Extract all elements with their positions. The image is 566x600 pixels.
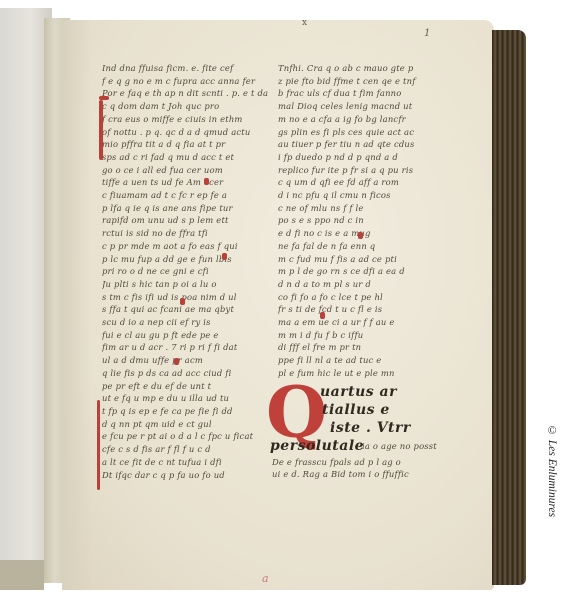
bottom-pencil-mark: a [262,572,269,585]
text-line: p lfa q ie q is ane ans fipe tur [102,202,270,215]
text-line: pe pr eft e du ef de unt t [102,380,270,393]
right-text-column: Tnfhi. Cra q o ab c mauo gte pz pie fto … [278,62,440,382]
text-line: pri ro o d ne ce gni e cfi [102,265,270,278]
incipit-line-1: uartus ar [320,384,397,400]
text-line: p lc mu fup a dd ge e fun lbis [102,253,270,266]
text-line: c p pr mde m aot a fo eas f qui [102,240,270,253]
text-line: rapifd om unu ud s p lem ett [102,214,270,227]
text-line: a lt ce fit de c nt tufua i dfi [102,456,270,469]
page-gutter-shadow [62,20,92,590]
text-line: sps ad c ri fad q mu d acc t et [102,151,270,164]
incipit-line-3: iste . Vtrr [330,420,411,436]
rubric-paragraph-mark [358,232,363,239]
text-line: gs plin es fi pls ces quie act ac [278,126,440,139]
text-line: ma a em ue ci a ur f f au e [278,316,440,329]
text-line: mal Dioq celes lenig macnd ut [278,100,440,113]
text-line: c q dom dam t Joh quc pro [102,100,270,113]
top-mark: x [302,18,307,28]
text-line: q lie fis p ds ca ad acc ciud fi [102,367,270,380]
text-line: c q um d qfi ee fd aff a rom [278,176,440,189]
text-line: mio pffra tit a d q fia at t pr [102,138,270,151]
text-line: d n d a to m pl s ur d [278,278,440,291]
text-line: cfe c s d fis ar f fl f u c d [102,443,270,456]
manuscript-photo: x 1 Ind dna ffuisa ficm. e. fite ceff e … [0,0,566,600]
text-line: di fff el fre m pr tn [278,341,440,354]
text-line: scu d io a nep cii ef ry is [102,316,270,329]
left-text-column: Ind dna ffuisa ficm. e. fite ceff e q g … [102,62,270,482]
text-line: f e q g no e m c fupra acc anna fer [102,75,270,88]
text-line: Ind dna ffuisa ficm. e. fite cef [102,62,270,75]
text-line: of nottu . p q. qc d a d qmud actu [102,126,270,139]
text-line: replico fur ite p fr si a q pu ris [278,164,440,177]
incipit-line-4: persolutale [270,438,364,454]
text-line: rctui is sid no de ffra tfi [102,227,270,240]
rubric-paragraph-mark [204,178,209,185]
text-line: Por e faq e th ap n dit scnti . p. e t d… [102,87,270,100]
text-line: ne fa fal de n fa enn q [278,240,440,253]
text-line: m no e a cfa a ig fo bg lancfr [278,113,440,126]
incipit-line-2: tiallus e [322,402,390,418]
text-line: m m i d fu f b c iffu [278,329,440,342]
fore-edge-stack [492,30,526,585]
text-line: i fp duedo p nd d p qnd a d [278,151,440,164]
text-line: ut e fq u mp e du u illa ud tu [102,392,270,405]
rubric-paragraph-mark [180,298,185,305]
trailing-line-2: De e frasscu fpals ad p l ag o [272,456,442,469]
text-line: c ne of mlu ns f f le [278,202,440,215]
rubric-initial-mark [99,96,109,100]
rubric-initial-mark [99,100,103,160]
text-line: b frac uls cf dua t fim fanno [278,87,440,100]
rubric-paragraph-mark [174,358,179,365]
text-line: ppe fi ll nl a te ad tuc e [278,354,440,367]
text-line: m c fud mu f fis a ad ce pti [278,253,440,266]
text-line: c fi fl u au y anu c a e ir [102,481,270,482]
trailing-line-1: ia o age no posst [362,440,442,453]
rubric-paragraph-mark [320,312,325,319]
text-line: ul a d dmu uffe pr acm [102,354,270,367]
text-line: c fiuamam ad t c fc r ep fe a [102,189,270,202]
text-line: s tm c fis ifi ud is poa nim d ul [102,291,270,304]
text-line: go o ce i all ed fua cer uom [102,164,270,177]
text-line: fui e cl au gu p ft ede pe e [102,329,270,342]
text-line: z pie fto bid ffme t cen qe e tnf [278,75,440,88]
text-line: m p l de go rn s ce dfi a ea d [278,265,440,278]
text-line: f cra eus o miffe e ciuis in ethm [102,113,270,126]
text-line: po s e s ppo nd c in [278,214,440,227]
trailing-line-3: ui e d. Rag a Bid tom i o ffuffic [272,468,442,481]
rubric-paragraph-mark [222,253,227,260]
rubric-initial-mark [97,400,100,490]
text-line: s ffa t qui ac fcani ae ma qbyt [102,303,270,316]
text-line: fim ar u d acr . 7 ri p ri f fi dat [102,341,270,354]
text-line: co fi fo a fo c lce t pe hl [278,291,440,304]
folio-number: 1 [424,28,430,39]
text-line: d q nn pt qm uid e ct gul [102,418,270,431]
text-line: tiffe a uen ts ud fe Am ocer [102,176,270,189]
text-line: d i nc pfu q il cmu n ficos [278,189,440,202]
binding-corner [0,560,44,590]
text-line: e fcu pe r pt ai o d a l c fpc u ficat [102,430,270,443]
text-line: t fp q is ep e fe ca pe fie fi dd [102,405,270,418]
text-line: Ju plti s hic tan p oi a lu o [102,278,270,291]
text-line: Tnfhi. Cra q o ab c mauo gte p [278,62,440,75]
text-line: au tiuer p fer tiu n ad qte cdus [278,138,440,151]
text-line: Dt ifqc dar c q p fa uo fo ud [102,469,270,482]
copyright-watermark: © Les Enluminures [546,425,558,517]
text-line: fr s ti de fcd t u c fl e is [278,303,440,316]
